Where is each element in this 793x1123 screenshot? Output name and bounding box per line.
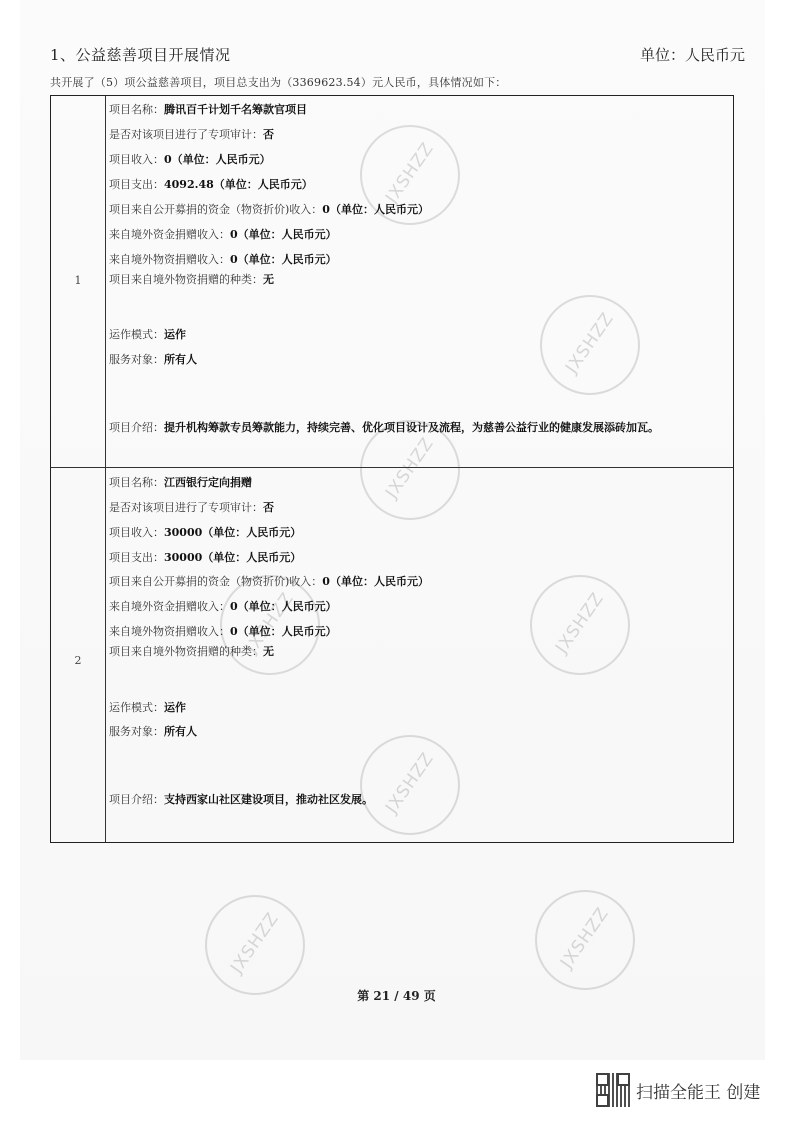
target-line: 服务对象：所有人 — [109, 351, 197, 367]
label: 来自境外物资捐赠收入： — [109, 625, 230, 638]
label: 项目支出： — [109, 551, 164, 564]
label: 项目名称： — [109, 103, 164, 116]
audit-line: 是否对该项目进行了专项审计：否 — [109, 499, 274, 515]
label: 项目来自境外物资捐赠的种类： — [109, 273, 263, 286]
project-name-line: 项目名称：江西银行定向捐赠 — [109, 474, 252, 490]
project-details-cell: 项目名称：江西银行定向捐赠 是否对该项目进行了专项审计：否 项目收入：30000… — [109, 468, 729, 842]
project-index: 2 — [51, 654, 105, 667]
project-name-line: 项目名称：腾讯百千计划千名筹款官项目 — [109, 101, 307, 117]
label: 是否对该项目进行了专项审计： — [109, 128, 263, 141]
label: 服务对象： — [109, 725, 164, 738]
foreign-fund-line: 来自境外资金捐赠收入：0（单位：人民币元） — [109, 598, 337, 614]
expense-value: 30000（单位：人民币元） — [164, 551, 301, 564]
income-value: 30000（单位：人民币元） — [164, 526, 301, 539]
mode-line: 运作模式：运作 — [109, 326, 186, 342]
foreign-fund-value: 0（单位：人民币元） — [230, 600, 337, 613]
audit-value: 否 — [263, 128, 274, 141]
stamp-text: JXSHZZ — [219, 898, 290, 988]
audit-line: 是否对该项目进行了专项审计：否 — [109, 126, 274, 142]
intro-value: 支持西家山社区建设项目，推动社区发展。 — [164, 793, 373, 806]
label: 是否对该项目进行了专项审计： — [109, 501, 263, 514]
mode-value: 运作 — [164, 328, 186, 341]
income-line: 项目收入：30000（单位：人民币元） — [109, 524, 301, 540]
foreign-goods-type-line: 项目来自境外物资捐赠的种类：无 — [109, 271, 274, 287]
target-line: 服务对象：所有人 — [109, 723, 197, 739]
project-index: 1 — [51, 274, 105, 287]
scanner-badge: 扫描全能王 创建 — [596, 1073, 760, 1107]
label: 项目介绍： — [109, 421, 164, 434]
intro-line: 项目介绍：提升机构筹款专员筹款能力，持续完善、优化项目设计及流程，为慈善公益行业… — [109, 419, 659, 435]
watermark-stamp: JXSHZZ — [205, 895, 305, 995]
project-index-cell: 2 — [51, 468, 106, 842]
label: 服务对象： — [109, 353, 164, 366]
foreign-goods-line: 来自境外物资捐赠收入：0（单位：人民币元） — [109, 623, 337, 639]
income-line: 项目收入：0（单位：人民币元） — [109, 151, 271, 167]
currency-unit: 单位：人民币元 — [640, 44, 745, 65]
public-fund-line: 项目来自公开募捐的资金（物资折价)收入：0（单位：人民币元） — [109, 573, 429, 589]
mode-line: 运作模式：运作 — [109, 699, 186, 715]
scanner-watermark-text: 扫描全能王 创建 — [636, 1078, 760, 1103]
label: 项目名称： — [109, 476, 164, 489]
label: 项目来自公开募捐的资金（物资折价)收入： — [109, 575, 322, 588]
expense-value: 4092.48（单位：人民币元） — [164, 178, 313, 191]
intro-line: 项目介绍：支持西家山社区建设项目，推动社区发展。 — [109, 791, 373, 807]
public-fund-line: 项目来自公开募捐的资金（物资折价)收入：0（单位：人民币元） — [109, 201, 429, 217]
expense-line: 项目支出：30000（单位：人民币元） — [109, 549, 301, 565]
projects-table: 1 项目名称：腾讯百千计划千名筹款官项目 是否对该项目进行了专项审计：否 项目收… — [50, 95, 734, 843]
label: 来自境外资金捐赠收入： — [109, 600, 230, 613]
project-row: 2 项目名称：江西银行定向捐赠 是否对该项目进行了专项审计：否 项目收入：300… — [51, 468, 733, 842]
page-number: 第 21 / 49 页 — [0, 987, 793, 1004]
label: 项目收入： — [109, 526, 164, 539]
label: 项目来自境外物资捐赠的种类： — [109, 645, 263, 658]
section-heading: 1、公益慈善项目开展情况 — [50, 44, 231, 65]
project-index-cell: 1 — [51, 96, 106, 467]
label: 运作模式： — [109, 701, 164, 714]
intro-value: 提升机构筹款专员筹款能力，持续完善、优化项目设计及流程，为慈善公益行业的健康发展… — [164, 421, 659, 434]
public-fund-value: 0（单位：人民币元） — [322, 575, 429, 588]
label: 来自境外物资捐赠收入： — [109, 253, 230, 266]
foreign-fund-line: 来自境外资金捐赠收入：0（单位：人民币元） — [109, 226, 337, 242]
foreign-goods-value: 0（单位：人民币元） — [230, 253, 337, 266]
expense-line: 项目支出：4092.48（单位：人民币元） — [109, 176, 313, 192]
foreign-goods-line: 来自境外物资捐赠收入：0（单位：人民币元） — [109, 251, 337, 267]
project-name: 江西银行定向捐赠 — [164, 476, 252, 489]
income-value: 0（单位：人民币元） — [164, 153, 271, 166]
watermark-stamp: JXSHZZ — [535, 890, 635, 990]
label: 运作模式： — [109, 328, 164, 341]
public-fund-value: 0（单位：人民币元） — [322, 203, 429, 216]
mode-value: 运作 — [164, 701, 186, 714]
foreign-goods-type-line: 项目来自境外物资捐赠的种类：无 — [109, 643, 274, 659]
label: 项目介绍： — [109, 793, 164, 806]
foreign-goods-type-value: 无 — [263, 273, 274, 286]
target-value: 所有人 — [164, 725, 197, 738]
audit-value: 否 — [263, 501, 274, 514]
projects-summary: 共开展了（5）项公益慈善项目，项目总支出为（3369623.54）元人民币，具体… — [50, 74, 506, 90]
project-name: 腾讯百千计划千名筹款官项目 — [164, 103, 307, 116]
qr-code-icon — [596, 1073, 630, 1107]
foreign-goods-type-value: 无 — [263, 645, 274, 658]
target-value: 所有人 — [164, 353, 197, 366]
project-row: 1 项目名称：腾讯百千计划千名筹款官项目 是否对该项目进行了专项审计：否 项目收… — [51, 96, 733, 468]
label: 项目收入： — [109, 153, 164, 166]
label: 来自境外资金捐赠收入： — [109, 228, 230, 241]
label: 项目来自公开募捐的资金（物资折价)收入： — [109, 203, 322, 216]
project-details-cell: 项目名称：腾讯百千计划千名筹款官项目 是否对该项目进行了专项审计：否 项目收入：… — [109, 96, 729, 467]
label: 项目支出： — [109, 178, 164, 191]
stamp-text: JXSHZZ — [549, 893, 620, 983]
foreign-goods-value: 0（单位：人民币元） — [230, 625, 337, 638]
foreign-fund-value: 0（单位：人民币元） — [230, 228, 337, 241]
